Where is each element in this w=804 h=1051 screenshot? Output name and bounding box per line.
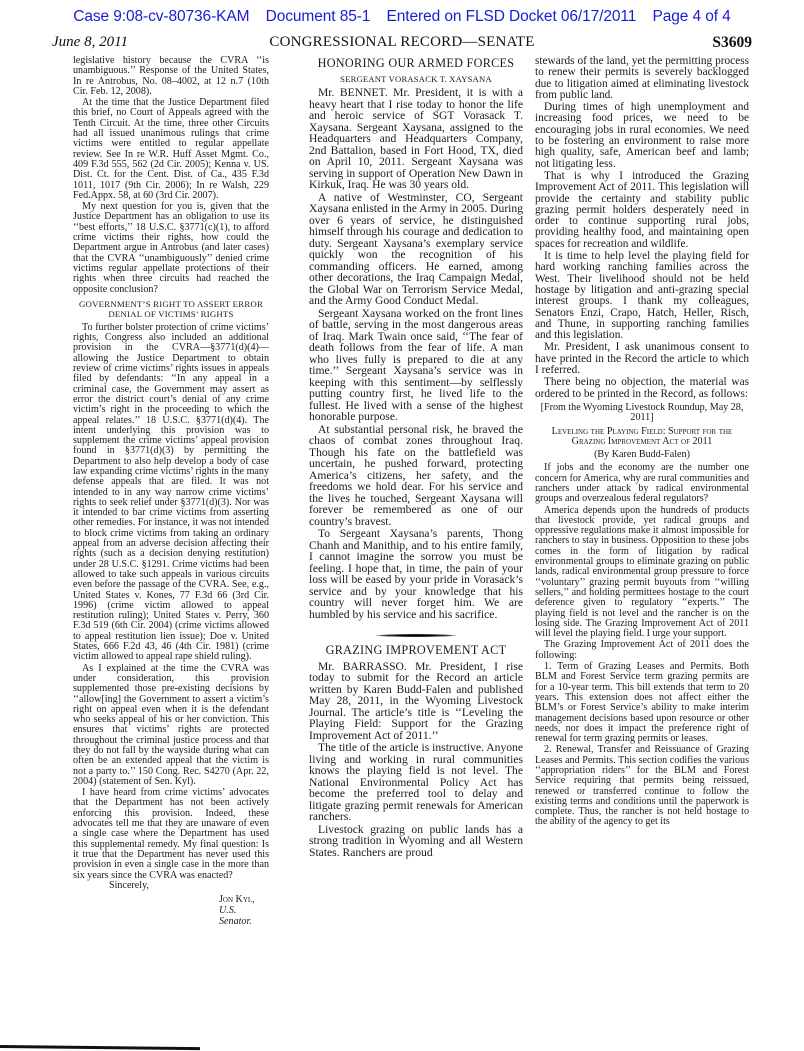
paragraph: During times of high unemployment and in… <box>535 102 749 170</box>
paragraph: 2. Renewal, Transfer and Reissuance of G… <box>535 745 749 827</box>
paragraph: As I explained at the time the CVRA was … <box>73 664 269 788</box>
document-number: Document 85-1 <box>266 8 371 25</box>
paragraph: Mr. BARRASSO. Mr. President, I rise toda… <box>309 661 523 742</box>
paragraph: There being no objection, the material w… <box>535 377 749 400</box>
section-heading: HONORING OUR ARMED FORCES <box>309 58 523 70</box>
paragraph: To further bolster protection of crime v… <box>73 323 269 663</box>
paragraph: Mr. BENNET. Mr. President, it is with a … <box>309 87 523 191</box>
paragraph: legislative history because the CVRA ‘‘i… <box>73 56 269 97</box>
paragraph: To Sergeant Xaysana’s parents, Thong Cha… <box>309 528 523 620</box>
paragraph: That is why I introduced the Grazing Imp… <box>535 171 749 250</box>
paragraph: America depends upon the hundreds of pro… <box>535 506 749 640</box>
paragraph: It is time to help level the playing fie… <box>535 251 749 341</box>
section-heading: GOVERNMENT’S RIGHT TO ASSERT ERROR DENIA… <box>73 299 269 319</box>
section-separator <box>376 634 456 637</box>
paragraph: Livestock grazing on public lands has a … <box>309 824 523 859</box>
paragraph: I have heard from crime victims’ advocat… <box>73 788 269 881</box>
scan-edge-line <box>0 1045 200 1050</box>
paragraph: My next question for you is, given that … <box>73 202 269 295</box>
signer-name: Jon Kyl, <box>73 895 269 905</box>
paragraph: At substantial personal risk, he braved … <box>309 424 523 528</box>
section-heading: GRAZING IMPROVEMENT ACT <box>309 645 523 657</box>
court-filing-stamp: Case 9:08-cv-80736-KAM Document 85-1 Ent… <box>0 8 804 26</box>
article-source: [From the Wyoming Livestock Roundup, May… <box>535 403 749 424</box>
paragraph: The Grazing Improvement Act of 2011 does… <box>535 640 749 661</box>
article-byline: (By Karen Budd-Falen) <box>535 450 749 460</box>
closing: Sincerely, <box>73 881 269 891</box>
paragraph: stewards of the land, yet the permitting… <box>535 56 749 101</box>
paragraph: Mr. President, I ask unanimous consent t… <box>535 342 749 376</box>
signer-title: U.S. Senator. <box>73 906 269 927</box>
paragraph: The title of the article is instructive.… <box>309 742 523 823</box>
column-right: stewards of the land, yet the permitting… <box>535 56 749 828</box>
paragraph: A native of Westminster, CO, Sergeant Xa… <box>309 192 523 307</box>
article-title: Leveling the Playing Field: Support for … <box>535 427 749 448</box>
paragraph: At the time that the Justice Department … <box>73 98 269 201</box>
paragraph: If jobs and the economy are the number o… <box>535 463 749 504</box>
page-number: S3609 <box>712 34 752 52</box>
column-middle: HONORING OUR ARMED FORCES SERGEANT VORAS… <box>309 56 523 858</box>
issue-date: June 8, 2011 <box>52 34 128 51</box>
section-subheading: SERGEANT VORASACK T. XAYSANA <box>309 74 523 86</box>
publication-title: CONGRESSIONAL RECORD—SENATE <box>52 34 752 51</box>
paragraph: Sergeant Xaysana worked on the front lin… <box>309 308 523 423</box>
page-count: Page 4 of 4 <box>653 8 731 25</box>
paragraph: 1. Term of Grazing Leases and Permits. B… <box>535 662 749 744</box>
docket-entry: Entered on FLSD Docket 06/17/2011 <box>387 8 637 25</box>
masthead: CONGRESSIONAL RECORD—SENATE June 8, 2011… <box>52 34 752 54</box>
column-left: legislative history because the CVRA ‘‘i… <box>73 56 269 927</box>
case-number: Case 9:08-cv-80736-KAM <box>73 8 249 25</box>
